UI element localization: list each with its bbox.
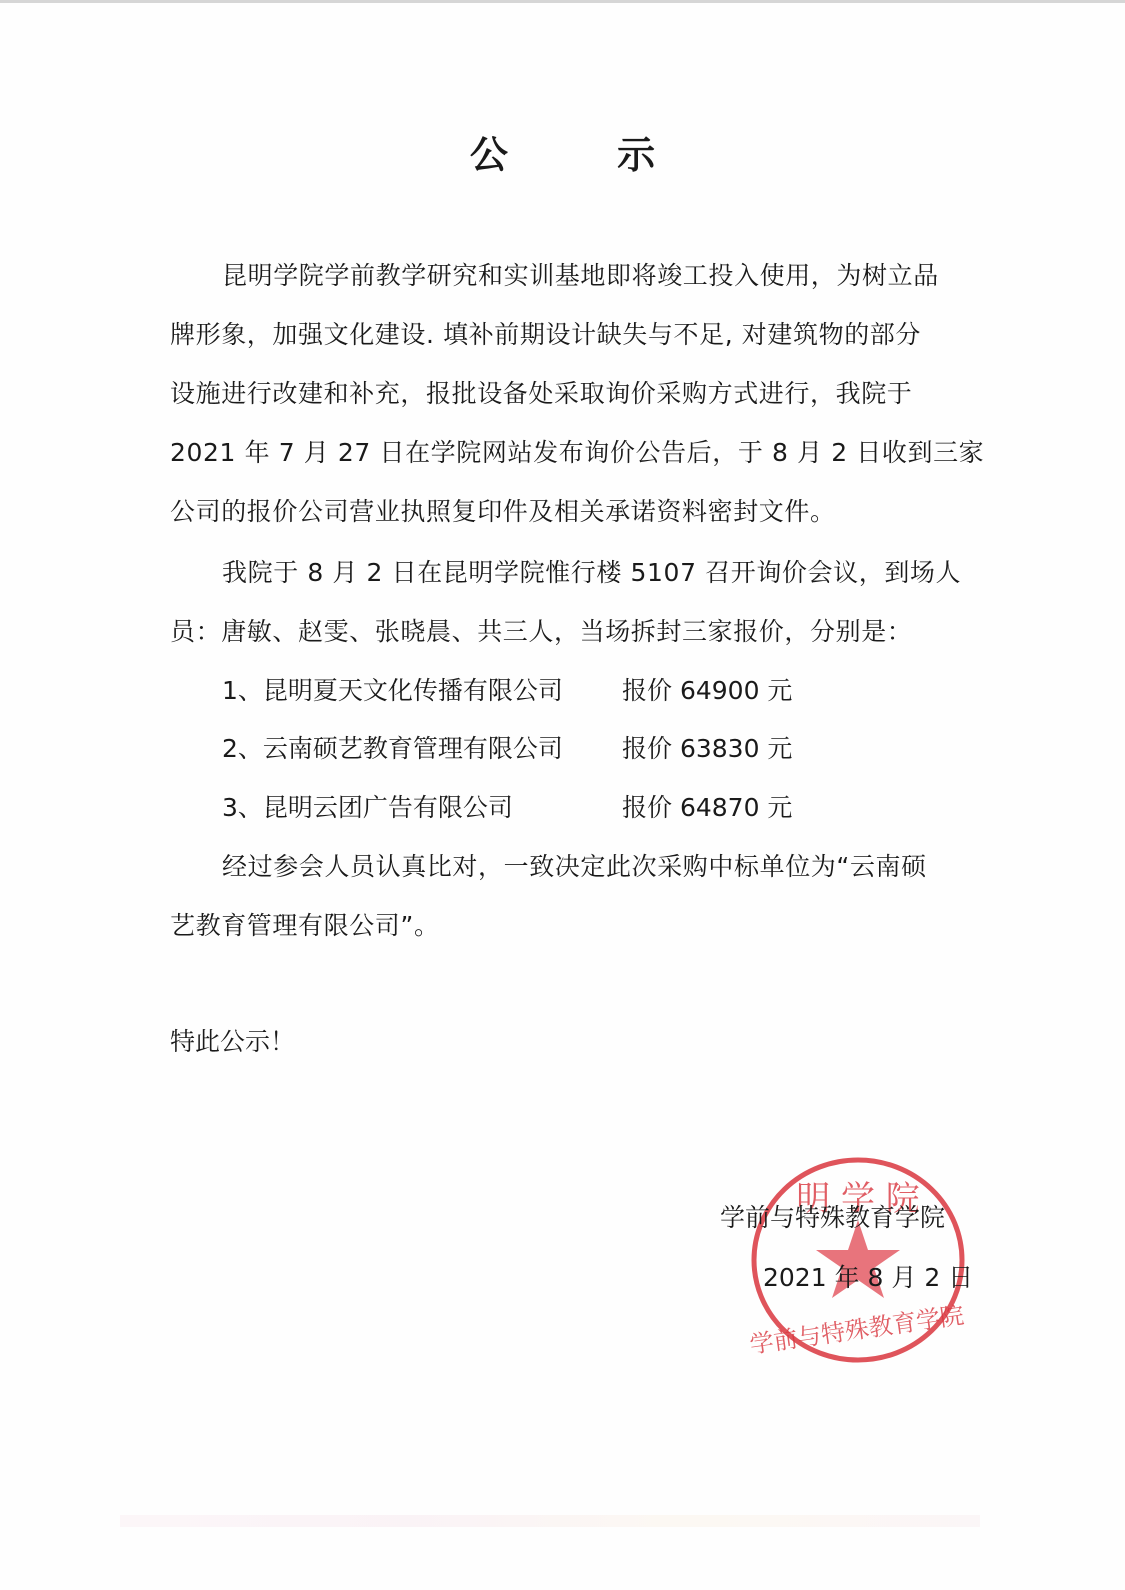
bid-company: 云南硕艺教育管理有限公司 (263, 734, 563, 763)
bid-company: 昆明云团广告有限公司 (263, 793, 513, 822)
bid-item-2: 2、云南硕艺教育管理有限公司 报价 63830 元 (222, 729, 563, 765)
svg-text:学前与特殊教育学院: 学前与特殊教育学院 (748, 1301, 966, 1359)
paragraph-1-line-3: 设施进行改建和补充，报批设备处采取询价采购方式进行，我院于 (170, 374, 912, 410)
paragraph-1-line-2: 牌形象，加强文化建设. 填补前期设计缺失与不足, 对建筑物的部分 (170, 315, 921, 351)
signature-date: 2021 年 8 月 2 日 (763, 1258, 973, 1294)
bid-index: 3、 (222, 793, 263, 822)
paragraph-1-line-5: 公司的报价公司营业执照复印件及相关承诺资料密封文件。 (170, 492, 836, 528)
bid-price: 报价 64900 元 (622, 671, 792, 707)
paragraph-2-line-1: 我院于 8 月 2 日在昆明学院惟行楼 5107 召开询价会议，到场人 (222, 553, 961, 589)
closing-statement: 特此公示！ (170, 1022, 295, 1058)
scan-artifact (120, 1515, 980, 1527)
bid-price: 报价 63830 元 (622, 729, 792, 765)
bid-item-3: 3、昆明云团广告有限公司 报价 64870 元 (222, 788, 513, 824)
bid-item-1: 1、昆明夏天文化传播有限公司 报价 64900 元 (222, 671, 563, 707)
paragraph-2-line-2: 员：唐敏、赵雯、张晓晨、共三人，当场拆封三家报价，分别是： (170, 612, 912, 648)
bid-index: 1、 (222, 676, 263, 705)
signature-org: 学前与特殊教育学院 (720, 1198, 945, 1234)
bid-company: 昆明夏天文化传播有限公司 (263, 676, 563, 705)
bid-index: 2、 (222, 734, 263, 763)
paragraph-1-line-1: 昆明学院学前教学研究和实训基地即将竣工投入使用，为树立品 (222, 256, 939, 292)
bid-price: 报价 64870 元 (622, 788, 792, 824)
paragraph-3-line-2: 艺教育管理有限公司”。 (170, 906, 440, 942)
document-title: 公 示 (0, 124, 1125, 179)
paragraph-1-line-4: 2021 年 7 月 27 日在学院网站发布询价公告后，于 8 月 2 日收到三… (170, 433, 984, 469)
paragraph-3-line-1: 经过参会人员认真比对，一致决定此次采购中标单位为“云南硕 (222, 847, 927, 883)
